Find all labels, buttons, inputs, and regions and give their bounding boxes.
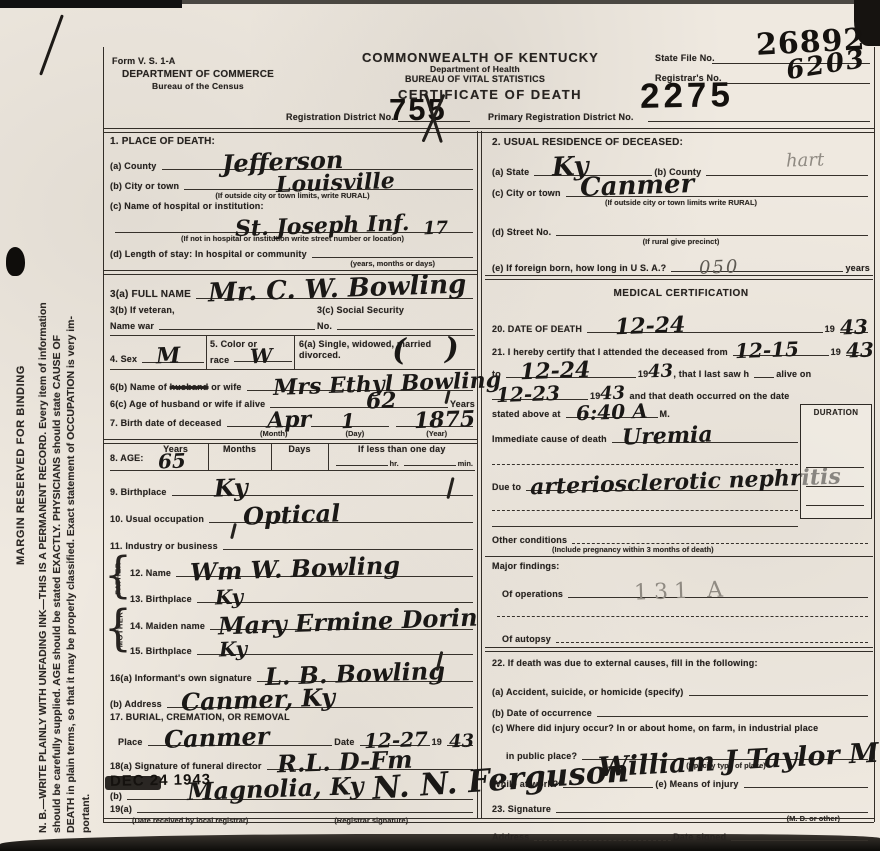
burial-row: Place Canmer Date 12-27 19 43	[110, 725, 475, 748]
informant-address-row: (b) Address Canmer, Ky	[110, 684, 475, 710]
funeral-director-address-label: (b)	[110, 791, 122, 802]
veteran-ss-row: 3(b) If veteran, Name war 3(c) Social Se…	[110, 301, 475, 336]
foreign-born-years-label: years	[845, 263, 870, 274]
certify-text-1: 21. I hereby certify that I attended the…	[492, 347, 728, 358]
city-value: Louisville	[276, 168, 396, 198]
mother-name-row: 14. Maiden name Mary Ermine Dorin	[130, 605, 475, 632]
social-security-label: 3(c) Social Security	[317, 301, 475, 316]
duration-line-1	[806, 467, 864, 468]
certify-text-2: , that I last saw h	[673, 369, 749, 380]
sex-value: M	[156, 343, 181, 370]
physician-address-row: Address Date signed	[492, 823, 870, 843]
department-of-health: Department of Health	[430, 64, 520, 74]
month-caption: (Month)	[260, 430, 287, 438]
residence-city-row: (c) City or town Canmer	[492, 178, 870, 199]
physician-signature-caption: (M. D. or other)	[492, 815, 870, 823]
father-name-label: 12. Name	[130, 568, 171, 579]
mother-birthplace-label: 15. Birthplace	[130, 646, 192, 657]
to-label: to	[492, 369, 501, 380]
city-label: (b) City or town	[110, 181, 179, 192]
handwritten-slash-mark	[39, 14, 64, 75]
father-brace: {	[104, 552, 132, 600]
hospital-mark: 17	[423, 218, 449, 240]
year-caption: (Year)	[426, 430, 447, 438]
state-file-label: State File No.	[655, 53, 715, 64]
bureau-of-census: Bureau of the Census	[152, 81, 244, 91]
street-caption: (If rural give precinct)	[492, 238, 870, 247]
margin-nb-line2: should be carefully supplied. AGE should…	[50, 133, 64, 833]
mother-block: MOTHER { 14. Maiden name Mary Ermine Dor…	[110, 605, 475, 657]
certify-text-4: stated above at	[492, 409, 561, 420]
certificate-number-stamp: 2275	[640, 75, 735, 117]
hospital-label: (c) Name of hospital or institution:	[110, 201, 475, 214]
other-conditions-row: Other conditions	[492, 529, 870, 546]
marital-mark: ( )	[392, 331, 474, 369]
city-row: (b) City or town Louisville	[110, 172, 475, 192]
length-of-stay-caption: (years, months or days)	[110, 260, 475, 269]
funeral-director-label: 18(a) Signature of funeral director	[110, 761, 262, 772]
burial-year-prefix: 19	[432, 737, 442, 748]
occupation-label: 10. Usual occupation	[110, 514, 204, 525]
father-birthplace-label: 13. Birthplace	[130, 594, 192, 605]
informant-row: 16(a) Informant's own signature L. B. Bo…	[110, 657, 475, 684]
certify-line3: 12-23 19 43 and that death occurred on t…	[492, 380, 870, 402]
informant-address-label: (b) Address	[110, 699, 162, 710]
color-race-label-2: race	[210, 355, 229, 366]
from-year-prefix: 19	[831, 347, 841, 358]
residence-city-caption: (If outside city or town limits write RU…	[492, 199, 870, 208]
hr-label: hr.	[390, 460, 399, 468]
margin-nb-line3: DEATH in plain terms, so that it may be …	[64, 133, 78, 833]
hospital-row: St. Joseph Inf.17	[110, 214, 475, 235]
scan-edge-top-left	[0, 0, 182, 8]
medical-certification-title: MEDICAL CERTIFICATION	[492, 280, 870, 310]
injury-where-label: (c) Where did injury occur? In or about …	[492, 719, 870, 740]
date-signed-label: Date signed	[673, 832, 726, 843]
birth-date-row: 7. Birth date of deceased Apr 1 1875	[110, 410, 475, 429]
foreign-born-row: (e) If foreign born, how long in U S. A.…	[492, 247, 870, 274]
primary-district-line	[648, 121, 870, 122]
birthplace-row: 9. Birthplace Ky	[110, 471, 475, 498]
sex-color-marital-row: 4. Sex M 5. Color or race W 6(a) Single,…	[110, 336, 475, 370]
certify-line2: to 12-24 19 43 , that I last saw h alive…	[492, 358, 870, 380]
mother-brace: {	[104, 605, 132, 653]
residence-county-pencil-note: hart	[786, 149, 825, 171]
informant-address-value: Canmer, Ky	[180, 682, 335, 716]
birth-date-label: 7. Birth date of deceased	[110, 418, 222, 429]
foreign-born-value: 050	[699, 256, 740, 278]
name-war-label: Name war	[110, 321, 154, 332]
date-received-stamp: DEC 24 1943	[110, 771, 211, 790]
informant-label: 16(a) Informant's own signature	[110, 673, 252, 684]
scanned-death-certificate: MARGIN RESERVED FOR BINDING N. B.—WRITE …	[0, 0, 880, 851]
autopsy-label: Of autopsy	[502, 634, 551, 645]
department-of-commerce: DEPARTMENT OF COMMERCE	[122, 69, 274, 81]
mother-name-label: 14. Maiden name	[130, 621, 205, 632]
duration-label: DURATION	[801, 409, 871, 418]
margin-nb-line1: N. B.—WRITE PLAINLY WITH UNFADING INK—TH…	[36, 133, 50, 833]
day-caption: (Day)	[345, 430, 364, 438]
primary-district-label: Primary Registration District No.	[488, 112, 634, 123]
length-of-stay-row: (d) Length of stay: In hospital or commu…	[110, 244, 475, 260]
physician-address-label: Address	[492, 832, 529, 843]
occupation-row: 10. Usual occupation Optical	[110, 498, 475, 525]
date-of-death-label: 20. DATE OF DEATH	[492, 324, 582, 335]
foreign-born-label: (e) If foreign born, how long in U S. A.…	[492, 263, 666, 274]
street-label: (d) Street No.	[492, 227, 551, 238]
form-border-right	[874, 47, 875, 822]
form-number: Form V. S. 1-A	[112, 56, 175, 67]
funeral-director-address-value: Magnolia, Ky	[187, 771, 364, 806]
residence-city-label: (c) City or town	[492, 188, 561, 199]
means-of-injury-label: (e) Means of injury	[655, 779, 738, 790]
spouse-row: 6(b) Name of husband or wife Mrs Ethyl B…	[110, 370, 475, 393]
mother-birthplace-row: 15. Birthplace Ky	[130, 632, 475, 657]
autopsy-row: Of autopsy	[492, 619, 870, 645]
operations-row: Of operations 131 A	[492, 578, 870, 600]
full-name-row: 3(a) FULL NAME Mr. C. W. Bowling	[110, 275, 475, 301]
father-block: FATHER { 12. Name Wm W. Bowling 13. Birt…	[110, 552, 475, 605]
date-of-death-row: 20. DATE OF DEATH 12-24 19 43	[492, 310, 870, 335]
other-conditions-caption: (Include pregnancy within 3 months of de…	[492, 546, 870, 556]
other-conditions-label: Other conditions	[492, 535, 567, 546]
occurrence-date-row: (b) Date of occurrence	[492, 698, 870, 719]
age-row: 8. AGE: Years 65 Months Days If less tha…	[110, 444, 475, 471]
margin-nb-note: N. B.—WRITE PLAINLY WITH UNFADING INK—TH…	[36, 133, 93, 833]
spouse-label-struck: husband	[170, 382, 209, 392]
bureau-vital-statistics: BUREAU OF VITAL STATISTICS	[405, 74, 545, 85]
certify-line1: 21. I hereby certify that I attended the…	[492, 335, 870, 358]
veteran-label: 3(b) If veteran,	[110, 301, 317, 316]
physician-signature-label: 23. Signature	[492, 804, 551, 815]
industry-row: 11. Industry or business	[110, 525, 475, 552]
due-to-label: Due to	[492, 482, 521, 493]
registrar-signature-caption: (Registrar signature)	[334, 817, 408, 825]
external-causes-title: 22. If death was due to external causes,…	[492, 652, 870, 677]
registrar-received-row: 19(a)	[110, 802, 475, 815]
spouse-label: 6(b) Name of husband or wife	[110, 382, 242, 393]
certify-text-3: and that death occurred on the date	[629, 391, 789, 402]
to-year-prefix: 19	[638, 369, 648, 380]
column-divider	[477, 131, 482, 818]
am-pm-label: M.	[660, 409, 670, 420]
age-months-header: Months	[209, 444, 271, 455]
registrar-captions: (Date received by local registrar) (Regi…	[110, 815, 475, 825]
major-findings-label: Major findings:	[485, 556, 873, 578]
age-days-header: Days	[272, 444, 328, 455]
registration-district-label: Registration District No.	[286, 112, 394, 123]
residence-state-label: (a) State	[492, 167, 529, 178]
margin-binding-note: MARGIN RESERVED FOR BINDING	[14, 365, 29, 565]
age-less-than-day-label: If less than one day	[329, 444, 475, 455]
age-years-value: 65	[157, 449, 186, 474]
immediate-cause-label: Immediate cause of death	[492, 434, 607, 445]
duration-line-3	[806, 505, 864, 506]
race-value: W	[250, 343, 273, 368]
operations-blank-line	[492, 600, 870, 619]
item19-label: 19(a)	[110, 804, 132, 815]
county-row: (a) County Jefferson	[110, 150, 475, 172]
dod-year-prefix: 19	[825, 324, 835, 335]
occurrence-date-label: (b) Date of occurrence	[492, 708, 592, 719]
age-label: 8. AGE:	[110, 453, 144, 464]
duration-line-2	[806, 486, 864, 487]
scan-edge-top	[182, 0, 880, 4]
operations-label: Of operations	[502, 589, 563, 600]
received-caption: (Date received by local registrar)	[132, 817, 248, 825]
sex-label: 4. Sex	[110, 354, 137, 365]
spouse-age-label: 6(c) Age of husband or wife if alive	[110, 399, 265, 410]
ink-blot	[6, 247, 25, 276]
full-name-label: 3(a) FULL NAME	[110, 289, 191, 301]
min-label: min.	[458, 460, 473, 468]
accident-row: (a) Accident, suicide, or homicide (spec…	[492, 677, 870, 698]
birth-date-captions: (Month) (Day) (Year)	[110, 429, 475, 438]
accident-label: (a) Accident, suicide, or homicide (spec…	[492, 687, 684, 698]
father-birthplace-row: 13. Birthplace Ky	[130, 579, 475, 605]
certify-text-2b: alive on	[776, 369, 811, 380]
county-label: (a) County	[110, 161, 157, 172]
margin-nb-line4: portant.	[79, 133, 93, 833]
ss-no-label: No.	[317, 321, 332, 332]
father-name-row: 12. Name Wm W. Bowling	[130, 552, 475, 579]
residence-city-value: Canmer	[579, 169, 694, 203]
birthplace-label: 9. Birthplace	[110, 487, 167, 498]
street-row: (d) Street No.	[492, 208, 870, 238]
length-of-stay-label: (d) Length of stay: In hospital or commu…	[110, 249, 307, 260]
personal-particulars-column: 1. PLACE OF DEATH: (a) County Jefferson …	[104, 132, 477, 825]
duration-box: DURATION	[800, 404, 872, 519]
burial-place-label: Place	[118, 737, 143, 748]
